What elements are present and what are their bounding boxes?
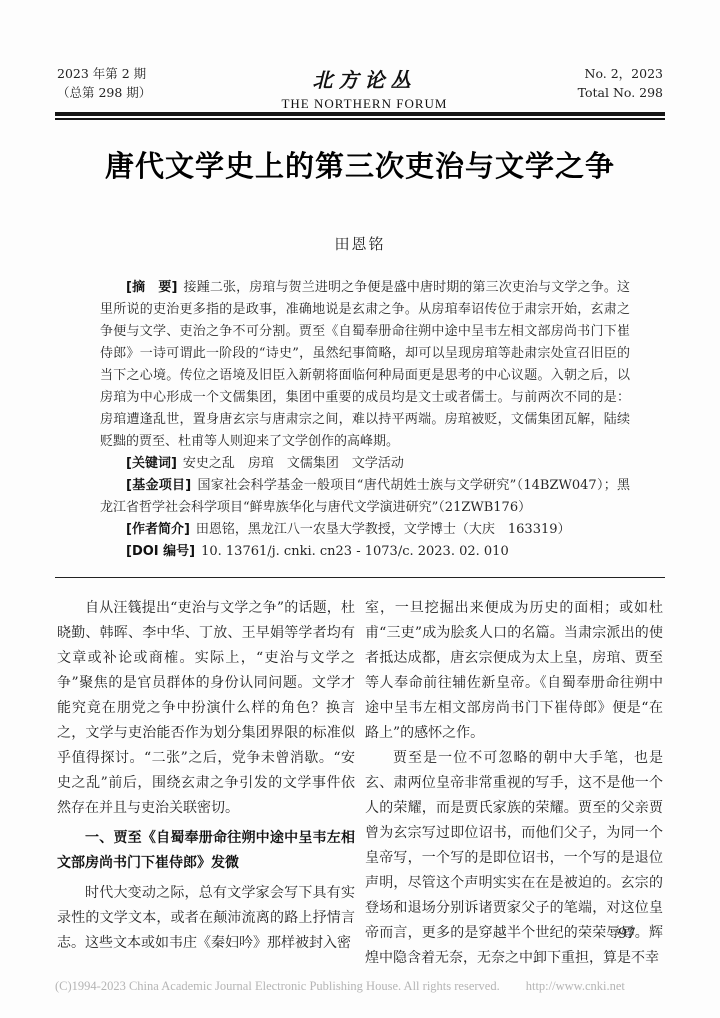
- doi-label: [DOI 编号]: [126, 544, 195, 559]
- issue-info-en: No. 2，2023 Total No. 298: [578, 64, 663, 102]
- front-matter-divider-rule: [55, 577, 665, 578]
- copyright-notice: (C)1994-2023 China Academic Journal Elec…: [55, 979, 500, 993]
- journal-page: 2023 年第 2 期 （总第 298 期） 北方论丛 THE NORTHERN…: [0, 0, 720, 1018]
- journal-header: 2023 年第 2 期 （总第 298 期） 北方论丛 THE NORTHERN…: [57, 64, 663, 112]
- abstract-paragraph: [摘 要]接踵二张，房琯与贺兰进明之争便是盛中唐时期的第三次吏治与文学之争。这里…: [100, 277, 630, 453]
- doi-paragraph: [DOI 编号]10. 13761/j. cnki. cn23 - 1073/c…: [100, 541, 630, 563]
- page-footer: (C)1994-2023 China Academic Journal Elec…: [55, 979, 680, 994]
- author-bio-paragraph: [作者简介]田恩铭，黑龙江八一农垦大学教授，文学博士（大庆 163319）: [100, 519, 630, 541]
- author-bio-text: 田恩铭，黑龙江八一农垦大学教授，文学博士（大庆 163319）: [196, 522, 571, 537]
- journal-name-en: THE NORTHERN FORUM: [281, 96, 447, 112]
- issue-en-line2: Total No. 298: [578, 83, 663, 102]
- header-divider-rule: [55, 112, 665, 120]
- section-heading: 一、贾至《自蜀奉册命往朔中途中呈韦左相文部房尚书门下崔侍郎》发微: [57, 826, 355, 876]
- issue-cn-line2: （总第 298 期）: [57, 83, 151, 102]
- keywords-label: [关键词]: [126, 456, 177, 471]
- keywords-paragraph: [关键词]安史之乱 房琯 文儒集团 文学活动: [100, 453, 630, 475]
- journal-title-block: 北方论丛 THE NORTHERN FORUM: [281, 64, 447, 112]
- fund-label: [基金项目]: [126, 478, 191, 493]
- fund-paragraph: [基金项目]国家社会科学基金一般项目“唐代胡姓士族与文学研究”（14BZW047…: [100, 475, 630, 519]
- article-title: 唐代文学史上的第三次吏治与文学之争: [0, 144, 720, 185]
- front-matter: [摘 要]接踵二张，房琯与贺兰进明之争便是盛中唐时期的第三次吏治与文学之争。这里…: [100, 277, 630, 563]
- cnki-url: http://www.cnki.net: [526, 979, 625, 993]
- issue-info-cn: 2023 年第 2 期 （总第 298 期）: [57, 64, 151, 102]
- issue-cn-line1: 2023 年第 2 期: [57, 64, 151, 83]
- abstract-label: [摘 要]: [126, 280, 177, 295]
- author-bio-label: [作者简介]: [126, 522, 190, 537]
- body-column-right: 室，一旦挖掘出来便成为历史的面相；或如杜甫“三吏”成为脍炙人口的名篇。当肃宗派出…: [365, 596, 663, 971]
- body-paragraph: 室，一旦挖掘出来便成为历史的面相；或如杜甫“三吏”成为脍炙人口的名篇。当肃宗派出…: [365, 596, 663, 746]
- body-paragraph: 时代大变动之际，总有文学家会写下具有实录性的文学文本，或者在颠沛流离的路上抒情言…: [57, 881, 355, 956]
- body-paragraph: 自从汪篯提出“吏治与文学之争”的话题，杜晓勤、韩晖、李中华、丁放、王早娟等学者均…: [57, 596, 355, 821]
- keywords-text: 安史之乱 房琯 文儒集团 文学活动: [183, 456, 404, 471]
- issue-en-line1: No. 2，2023: [578, 64, 663, 83]
- abstract-text: 接踵二张，房琯与贺兰进明之争便是盛中唐时期的第三次吏治与文学之争。这里所说的吏治…: [100, 280, 630, 449]
- journal-name-cn: 北方论丛: [281, 64, 447, 93]
- page-number: 97: [618, 926, 636, 942]
- doi-text: 10. 13761/j. cnki. cn23 - 1073/c. 2023. …: [201, 544, 509, 559]
- body-column-left: 自从汪篯提出“吏治与文学之争”的话题，杜晓勤、韩晖、李中华、丁放、王早娟等学者均…: [57, 596, 355, 956]
- article-author: 田恩铭: [0, 233, 720, 254]
